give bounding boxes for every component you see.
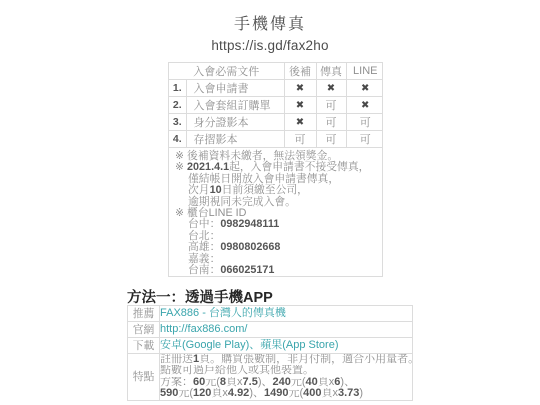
link-text[interactable]: http://fax886.com/ xyxy=(160,323,412,336)
page-url: https://is.gd/fax2ho xyxy=(0,38,540,53)
note-line: 台南：066025171 xyxy=(175,265,378,276)
requirements-table-body: 1.入會申請書✖✖✖2.入會套組訂購單✖可✖3.身分證影本✖可可4.存摺影本可可… xyxy=(169,80,383,148)
document-name: 入會套組訂購單 xyxy=(186,97,284,114)
page-header: 手機傳真 https://is.gd/fax2ho xyxy=(0,11,540,53)
row-content: 註冊送1頁。購買張數制，非月付制，適合小用量者。點數可過戶給他人或其他裝置。方案… xyxy=(160,354,413,401)
document-name: 存摺影本 xyxy=(186,131,284,148)
row-content: http://fax886.com/ xyxy=(160,322,413,338)
feature-line: 590元(120頁x4.92)、1490元(400頁x3.73) xyxy=(160,388,412,399)
method1-row: 下載安卓(Google Play)、蘋果(App Store) xyxy=(128,338,413,354)
row-label: 特點 xyxy=(128,354,160,401)
page-title: 手機傳真 xyxy=(0,11,540,34)
row-number: 2. xyxy=(169,97,186,114)
feature-line: 方案：60元(8頁x7.5)、240元(40頁x6)、 xyxy=(160,377,412,388)
header-required-documents: 入會必需文件 xyxy=(169,63,284,80)
row-number: 4. xyxy=(169,131,186,148)
requirements-header-row: 入會必需文件 後補 傳真 LINE xyxy=(169,63,383,80)
header-fax: 傳真 xyxy=(316,63,346,80)
requirements-table: 入會必需文件 後補 傳真 LINE 1.入會申請書✖✖✖2.入會套組訂購單✖可✖… xyxy=(169,63,383,148)
header-line: LINE xyxy=(346,63,383,80)
row-number: 3. xyxy=(169,114,186,131)
row-number: 1. xyxy=(169,80,186,97)
cross-mark: ✖ xyxy=(284,80,316,97)
method1-row: 推薦FAX886 - 台灣人的傳真機 xyxy=(128,306,413,322)
requirements-row: 3.身分證影本✖可可 xyxy=(169,114,383,131)
row-label: 下載 xyxy=(128,338,160,354)
requirements-row: 4.存摺影本可可可 xyxy=(169,131,383,148)
link-text[interactable]: 安卓(Google Play)、蘋果(App Store) xyxy=(160,339,412,352)
row-label: 推薦 xyxy=(128,306,160,322)
method1-row: 特點註冊送1頁。購買張數制，非月付制，適合小用量者。點數可過戶給他人或其他裝置。… xyxy=(128,354,413,401)
cross-mark: ✖ xyxy=(346,80,383,97)
feature-line: 點數可過戶給他人或其他裝置。 xyxy=(160,365,412,376)
cross-mark: ✖ xyxy=(284,97,316,114)
ok-mark: 可 xyxy=(316,114,346,131)
cross-mark: ✖ xyxy=(284,114,316,131)
feature-line: 註冊送1頁。購買張數制，非月付制，適合小用量者。 xyxy=(160,354,412,365)
link-text[interactable]: FAX886 - 台灣人的傳真機 xyxy=(160,307,412,320)
note-line: 高雄：0980802668 xyxy=(175,242,378,253)
ok-mark: 可 xyxy=(284,131,316,148)
ok-mark: 可 xyxy=(346,131,383,148)
cross-mark: ✖ xyxy=(346,97,383,114)
notes-list: ※ 後補資料未繳者，無法領獎金。※ 2021.4.1起，入會申請書不接受傳真，僅… xyxy=(169,148,382,276)
row-content: FAX886 - 台灣人的傳真機 xyxy=(160,306,413,322)
document-name: 身分證影本 xyxy=(186,114,284,131)
method1-heading: 方法一：透過手機APP xyxy=(127,286,273,307)
note-line: 次月10日前須繳至公司， xyxy=(175,185,378,196)
ok-mark: 可 xyxy=(316,97,346,114)
row-label: 官網 xyxy=(128,322,160,338)
ok-mark: 可 xyxy=(316,131,346,148)
cross-mark: ✖ xyxy=(316,80,346,97)
requirements-row: 1.入會申請書✖✖✖ xyxy=(169,80,383,97)
requirements-row: 2.入會套組訂購單✖可✖ xyxy=(169,97,383,114)
method1-table-body: 推薦FAX886 - 台灣人的傳真機官網http://fax886.com/下載… xyxy=(128,306,413,401)
row-content: 安卓(Google Play)、蘋果(App Store) xyxy=(160,338,413,354)
document-name: 入會申請書 xyxy=(186,80,284,97)
ok-mark: 可 xyxy=(346,114,383,131)
header-backfill: 後補 xyxy=(284,63,316,80)
method1-row: 官網http://fax886.com/ xyxy=(128,322,413,338)
requirements-box: 入會必需文件 後補 傳真 LINE 1.入會申請書✖✖✖2.入會套組訂購單✖可✖… xyxy=(168,62,383,277)
method1-table: 推薦FAX886 - 台灣人的傳真機官網http://fax886.com/下載… xyxy=(127,305,413,401)
